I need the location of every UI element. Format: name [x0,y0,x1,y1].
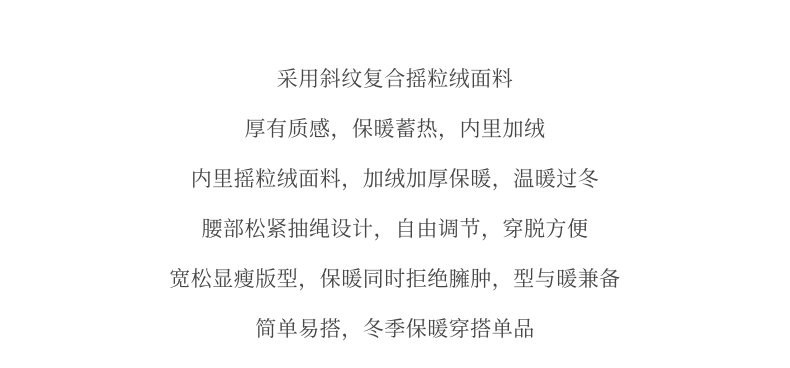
product-description-panel: 采用斜纹复合摇粒绒面料 厚有质感，保暖蓄热，内里加绒 内里摇粒绒面料，加绒加厚保… [0,0,790,368]
description-line-lining: 内里摇粒绒面料，加绒加厚保暖，温暖过冬 [191,154,600,204]
description-line-texture: 厚有质感，保暖蓄热，内里加绒 [245,104,546,154]
description-line-waist: 腰部松紧抽绳设计，自由调节，穿脱方便 [202,204,589,254]
description-line-fit: 宽松显瘦版型，保暖同时拒绝臃肿，型与暖兼备 [169,254,621,304]
description-line-fabric: 采用斜纹复合摇粒绒面料 [277,54,514,104]
description-line-styling: 简单易搭，冬季保暖穿搭单品 [255,304,535,354]
